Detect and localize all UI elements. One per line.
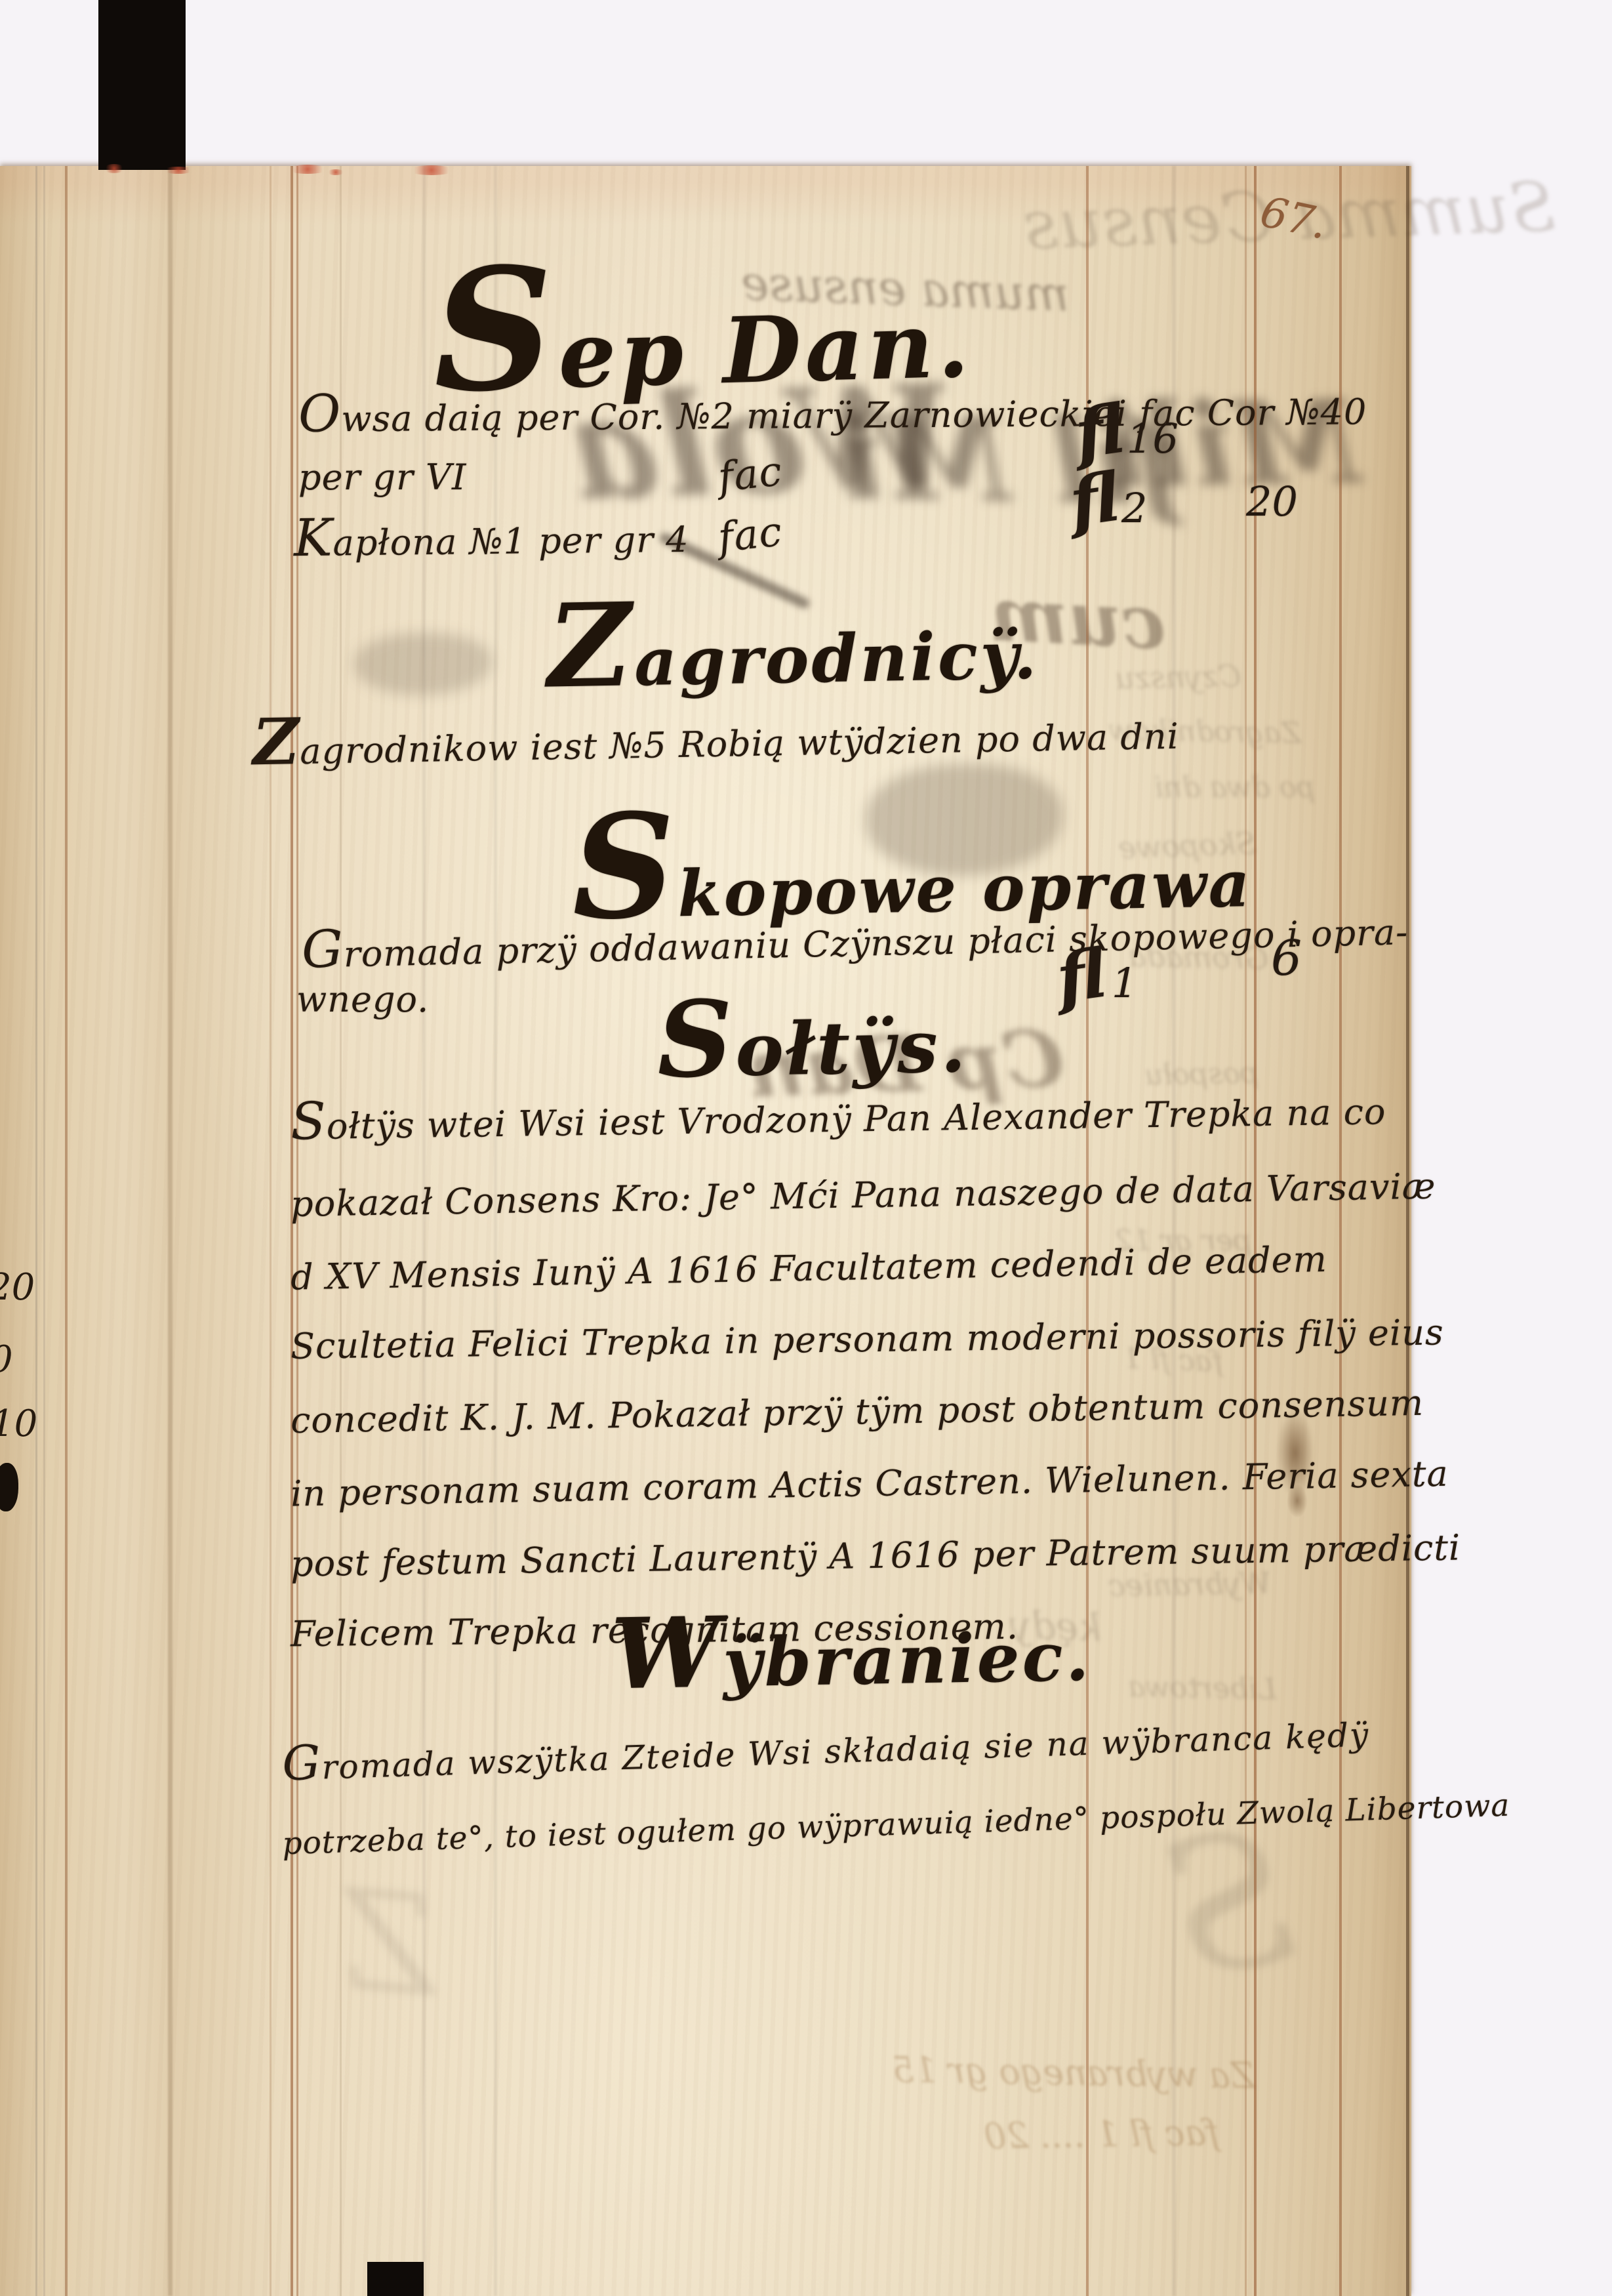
black-tape-top [98, 0, 186, 170]
paragraph-line: in personam suam coram Actis Castren. Wi… [291, 1452, 1461, 1514]
ruled-line [43, 166, 45, 2296]
red-residue-mark [287, 165, 328, 174]
section-heading-soltys: Sołtÿs. [656, 983, 969, 1093]
section-heading-zagrodnicy: Zagrodnicÿ. [547, 581, 1040, 704]
bleedthrough-text: Za wybranego gr 15 [891, 2049, 1255, 2097]
red-residue-mark [163, 167, 194, 174]
ruled-line [270, 166, 272, 2296]
manuscript-scan: Summa Census muma ensuse Wola fil Mi Mil… [0, 0, 1612, 2296]
amount-value: 2 [1121, 484, 1147, 532]
margin-fragment: 20 [0, 1266, 35, 1309]
amount-column-value: 6 [1271, 930, 1302, 987]
paragraph-line: Scultetia Felici Trepka in personam mode… [291, 1311, 1461, 1367]
amount-column-value: 20 [1246, 478, 1298, 525]
entry-line-oats: Owsa daią per Cor. №2 miarÿ Zarnowieckie… [298, 377, 1367, 443]
amount-value: 16 [1127, 415, 1179, 462]
ruled-line [35, 166, 37, 2296]
margin-fragment: 10 [0, 1403, 37, 1445]
bleedthrough-text: fac fl 1 .... 20 [983, 2112, 1219, 2157]
fac-word: fac [715, 447, 784, 501]
entry-line-oats-rate: per gr VI [298, 457, 466, 498]
fac-word: fac [715, 507, 784, 562]
margin-fragment: 0 [0, 1338, 13, 1381]
page-crease [168, 166, 172, 2296]
ruled-line [65, 166, 68, 2296]
paragraph-line: concedit K. J. M. Pokazał przÿ tÿm post … [291, 1382, 1461, 1441]
paragraph-line: Sołtÿs wtei Wsi iest Vrodzonÿ Pan Alexan… [290, 1076, 1461, 1152]
paragraph-line: pokazał Consens Kro: Je° Mći Pana naszeg… [291, 1165, 1461, 1225]
red-residue-mark [104, 164, 125, 173]
red-residue-mark [408, 165, 455, 175]
red-residue-mark [327, 169, 345, 175]
entry-line-capon: Kapłona №1 per gr 4 [294, 504, 689, 568]
section-heading-wybraniec: Wÿbraniec. [611, 1598, 1092, 1704]
bleedthrough-text: Z [334, 1859, 444, 2028]
black-tape-bottom [367, 2262, 424, 2296]
amount-value: 1 [1112, 959, 1137, 1007]
paragraph-line: d XV Mensis Iunÿ A 1616 Facultatem ceden… [291, 1236, 1461, 1298]
soltys-paragraph: Sołtÿs wtei Wsi iest Vrodzonÿ Pan Alexan… [291, 1084, 1461, 1649]
wybraniec-paragraph: Gromada wszÿtka Zteide Wsi składaią sie … [282, 1717, 1510, 1843]
paragraph-line: post festum Sancti Laurentÿ A 1616 per P… [291, 1527, 1461, 1585]
entry-line-skopowe-2: wnego. [296, 979, 429, 1020]
